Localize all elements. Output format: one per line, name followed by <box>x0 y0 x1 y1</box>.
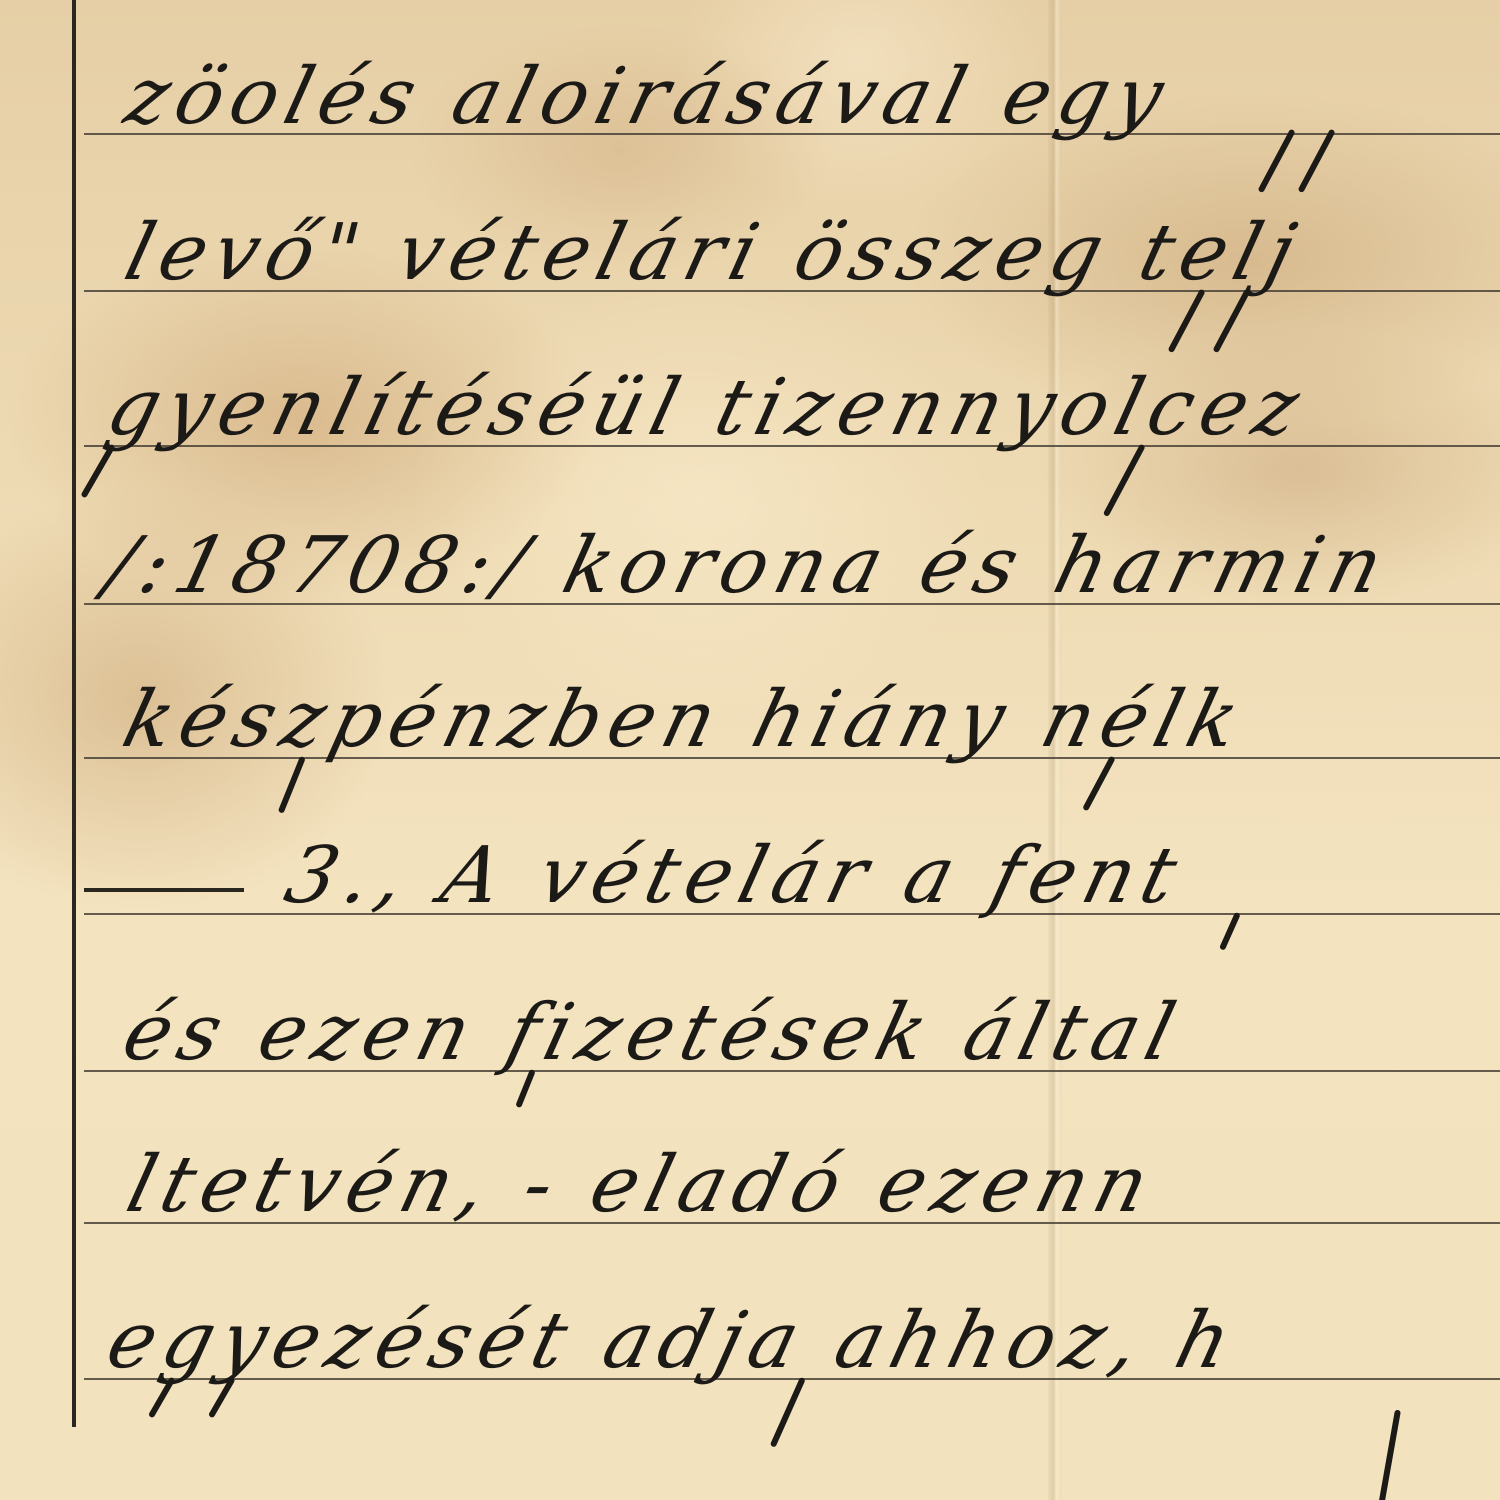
handwritten-line-9: egyezését adja ahhoz, h <box>100 1302 1246 1380</box>
handwritten-line-5: készpénzben hiány nélk <box>116 681 1254 759</box>
handwritten-line-2: levő" vételári összeg telj <box>118 214 1310 292</box>
paragraph-margin-dash <box>84 888 244 892</box>
left-margin-line <box>72 0 76 1427</box>
handwritten-line-1: zöolés aloirásával egy <box>118 58 1179 136</box>
handwritten-line-8: ltetvén, - eladó ezenn <box>120 1146 1164 1224</box>
handwritten-line-3: gyenlítéséül tizennyolcez <box>100 369 1314 447</box>
handwritten-line-7: és ezen fizetések által <box>116 994 1190 1072</box>
handwritten-line-6-section-3: 3., A vételár a fent <box>278 837 1192 915</box>
handwritten-line-4-amount: /:18708:/ korona és harmin <box>98 527 1398 605</box>
